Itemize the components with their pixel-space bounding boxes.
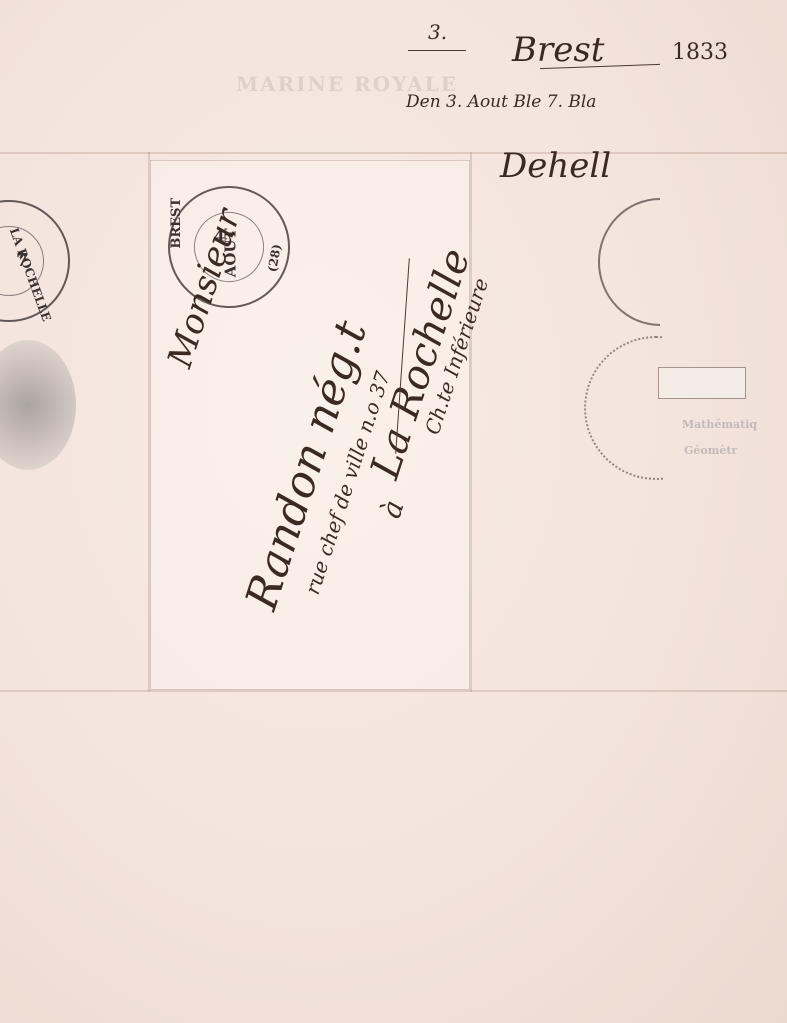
header-place: Brest — [512, 30, 604, 70]
header-year: 1833 — [672, 40, 728, 65]
header-signature: Dehell — [500, 146, 611, 186]
docket-number: 3. — [428, 20, 447, 44]
ghost-side-text-2: Géomètr — [684, 444, 737, 457]
postmark-la-rochelle: LA ROCHELLE 7 — [0, 200, 70, 322]
wax-seal-left — [0, 340, 76, 470]
fold-line-top — [0, 152, 787, 154]
fold-line-bottom — [0, 690, 787, 692]
header-date-line: Den 3. Aout Ble 7. Bla — [406, 92, 596, 112]
postmark-right-lower — [584, 336, 728, 480]
postmark-right-upper — [598, 198, 722, 326]
letter-sheet: MARINE ROYALE Mathématiq Géomètr 3. Bres… — [0, 0, 787, 1023]
ghost-side-text-1: Mathématiq — [682, 418, 757, 431]
docket-underline — [408, 50, 466, 51]
fold-line-middle — [470, 152, 472, 692]
paper-repair-patch — [658, 367, 746, 399]
